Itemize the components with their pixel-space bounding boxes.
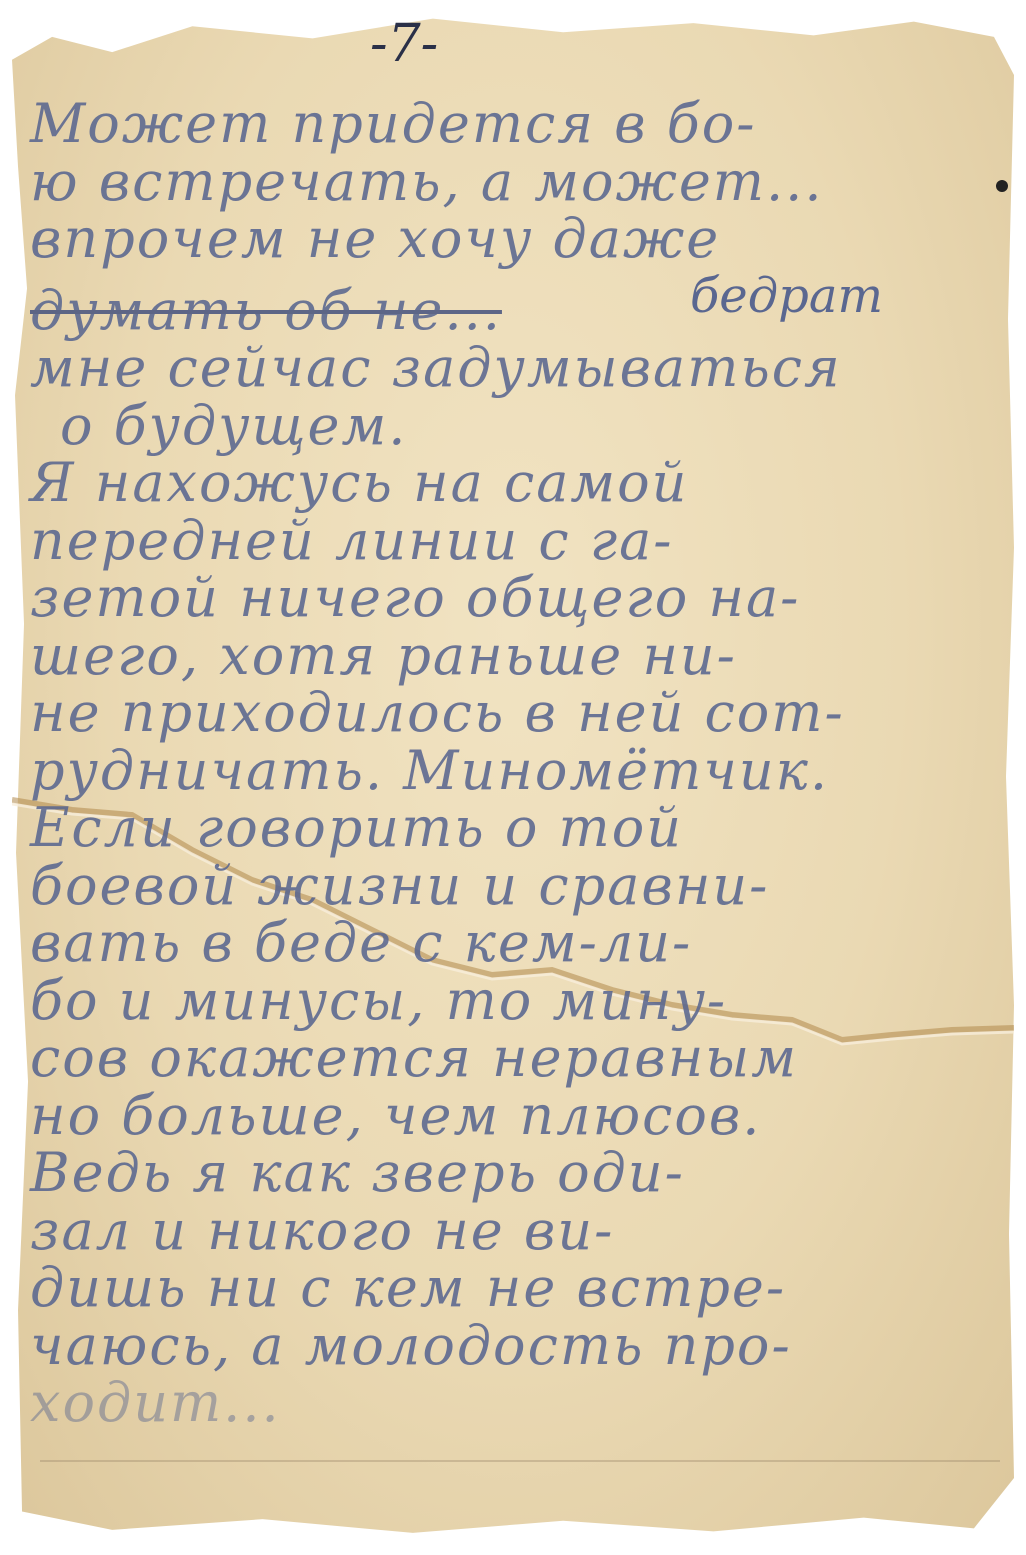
- text-line: шего, хотя раньше ни-: [30, 627, 1010, 685]
- text-line: ходит...: [30, 1374, 1010, 1432]
- text-line: ю встречать, а может...: [30, 153, 1010, 211]
- struck-text: думать об не...: [30, 279, 502, 342]
- text-line: сов окажется неравным: [30, 1029, 1010, 1087]
- text-line: Я нахожусь на самой: [30, 454, 1010, 512]
- text-line: дишь ни с кем не встре-: [30, 1259, 1010, 1317]
- text-line: боевой жизни и сравни-: [30, 857, 1010, 915]
- text-line: бо и минусы, то мину-: [30, 972, 1010, 1030]
- text-line: но больше, чем плюсов.: [30, 1087, 1010, 1145]
- text-line-struck: думать об не...: [30, 282, 1010, 340]
- text-line: о будущем.: [30, 397, 1010, 455]
- text-line: мне сейчас задумываться: [30, 339, 1010, 397]
- text-line: зетой ничего общего на-: [30, 569, 1010, 627]
- text-line: Ведь я как зверь оди-: [30, 1144, 1010, 1202]
- text-line: не приходилось в ней сот-: [30, 684, 1010, 742]
- text-line: рудничать. Миномётчик.: [30, 742, 1010, 800]
- text-line: Если говорить о той: [30, 799, 1010, 857]
- text-line: вать в беде с кем-ли-: [30, 914, 1010, 972]
- text-line: чаюсь, а молодость про-: [30, 1317, 1010, 1375]
- text-line: зал и никого не ви-: [30, 1202, 1010, 1260]
- paper-fold: [40, 1460, 1000, 1462]
- text-line: впрочем не хочу даже: [30, 210, 1010, 268]
- page-number: -7-: [370, 14, 438, 74]
- letter-body: Может придется в бо- ю встречать, а може…: [30, 95, 1010, 1432]
- text-line: передней линии с га-: [30, 512, 1010, 570]
- text-line: Может придется в бо-: [30, 95, 1010, 153]
